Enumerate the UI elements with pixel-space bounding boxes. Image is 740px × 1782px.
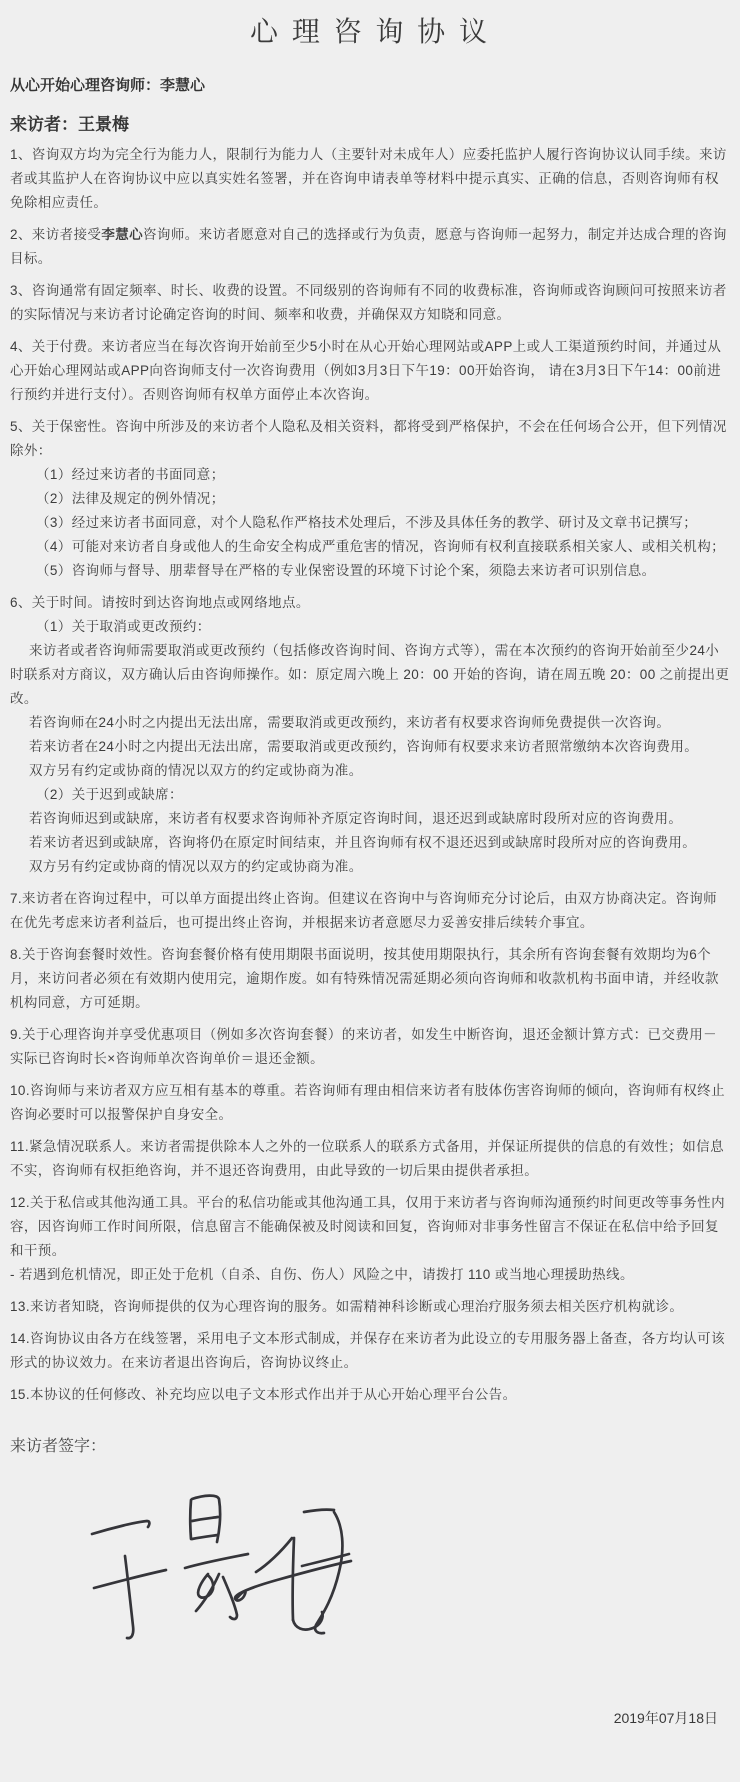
term-paragraph: 7.来访者在咨询过程中，可以单方面提出终止咨询。但建议在咨询中与咨询师充分讨论后…	[10, 887, 730, 935]
term-paragraph: 3、咨询通常有固定频率、时长、收费的设置。不同级别的咨询师有不同的收费标准，咨询…	[10, 279, 730, 327]
term-paragraph: 5、关于保密性。咨询中所涉及的来访者个人隐私及相关资料，都将受到严格保护，不会在…	[10, 415, 730, 463]
page-title: 心 理 咨 询 协 议	[10, 10, 730, 50]
terms-list: 1、咨询双方均为完全行为能力人，限制行为能力人（主要针对未成年人）应委托监护人履…	[10, 143, 730, 1407]
term-paragraph: 若来访者在24小时之内提出无法出席，需要取消或更改预约，咨询师有权要求来访者照常…	[10, 735, 730, 759]
term-paragraph: （1）关于取消或更改预约：	[10, 615, 730, 639]
term-paragraph: 双方另有约定或协商的情况以双方的约定或协商为准。	[10, 759, 730, 783]
counselor-name: 李慧心	[160, 77, 205, 94]
term-paragraph: 10.咨询师与来访者双方应互相有基本的尊重。若咨询师有理由相信来访者有肢体伤害咨…	[10, 1079, 730, 1127]
visitor-line: 来访者：王景梅	[10, 110, 730, 135]
term-paragraph: - 若遇到危机情况，即正处于危机（自杀、自伤、伤人）风险之中，请拨打 110 或…	[10, 1263, 730, 1287]
term-paragraph: 若咨询师在24小时之内提出无法出席，需要取消或更改预约，来访者有权要求咨询师免费…	[10, 711, 730, 735]
term-paragraph: 13.来访者知晓，咨询师提供的仅为心理咨询的服务。如需精神科诊断或心理治疗服务须…	[10, 1295, 730, 1319]
term-paragraph: 1、咨询双方均为完全行为能力人，限制行为能力人（主要针对未成年人）应委托监护人履…	[10, 143, 730, 215]
agreement-document: 心 理 咨 询 协 议 从心开始心理咨询师：李慧心 来访者：王景梅 1、咨询双方…	[0, 0, 740, 1782]
signing-date: 2019年07月18日	[10, 1708, 730, 1728]
term-paragraph: 14.咨询协议由各方在线签署，采用电子文本形式制成，并保存在来访者为此设立的专用…	[10, 1327, 730, 1375]
term-paragraph: 双方另有约定或协商的情况以双方的约定或协商为准。	[10, 855, 730, 879]
term-paragraph: 9.关于心理咨询并享受优惠项目（例如多次咨询套餐）的来访者，如发生中断咨询，退还…	[10, 1023, 730, 1071]
term-paragraph: 2、来访者接受李慧心咨询师。来访者愿意对自己的选择或行为负责，愿意与咨询师一起努…	[10, 223, 730, 271]
term-paragraph: 12.关于私信或其他沟通工具。平台的私信功能或其他沟通工具，仅用于来访者与咨询师…	[10, 1191, 730, 1263]
term-paragraph: 4、关于付费。来访者应当在每次咨询开始前至少5小时在从心开始心理网站或APP上或…	[10, 335, 730, 407]
term-paragraph: 8.关于咨询套餐时效性。咨询套餐价格有使用期限书面说明，按其使用期限执行，其余所…	[10, 943, 730, 1015]
signature-drawing	[50, 1476, 360, 1666]
term-paragraph: （2）法律及规定的例外情况；	[10, 487, 730, 511]
term-paragraph: 6、关于时间。请按时到达咨询地点或网络地点。	[10, 591, 730, 615]
signature-label: 来访者签字：	[10, 1433, 730, 1456]
visitor-signature	[50, 1476, 360, 1666]
term-paragraph: （4）可能对来访者自身或他人的生命安全构成严重危害的情况，咨询师有权利直接联系相…	[10, 535, 730, 559]
term-paragraph: 11.紧急情况联系人。来访者需提供除本人之外的一位联系人的联系方式备用，并保证所…	[10, 1135, 730, 1183]
term-paragraph: （5）咨询师与督导、朋辈督导在严格的专业保密设置的环境下讨论个案，须隐去来访者可…	[10, 559, 730, 583]
visitor-label: 来访者：	[10, 115, 78, 134]
counselor-line: 从心开始心理咨询师：李慧心	[10, 74, 730, 95]
term-paragraph: （2）关于迟到或缺席：	[10, 783, 730, 807]
term-paragraph: 15.本协议的任何修改、补充均应以电子文本形式作出并于从心开始心理平台公告。	[10, 1383, 730, 1407]
counselor-label: 从心开始心理咨询师：	[10, 77, 160, 94]
term-paragraph: 若来访者迟到或缺席，咨询将仍在原定时间结束，并且咨询师有权不退还迟到或缺席时段所…	[10, 831, 730, 855]
term-paragraph: 来访者或者咨询师需要取消或更改预约（包括修改咨询时间、咨询方式等），需在本次预约…	[10, 639, 730, 711]
term-paragraph: （1）经过来访者的书面同意；	[10, 463, 730, 487]
term-paragraph: 若咨询师迟到或缺席，来访者有权要求咨询师补齐原定咨询时间，退还迟到或缺席时段所对…	[10, 807, 730, 831]
visitor-name: 王景梅	[78, 115, 129, 134]
term-paragraph: （3）经过来访者书面同意，对个人隐私作严格技术处理后，不涉及具体任务的教学、研讨…	[10, 511, 730, 535]
